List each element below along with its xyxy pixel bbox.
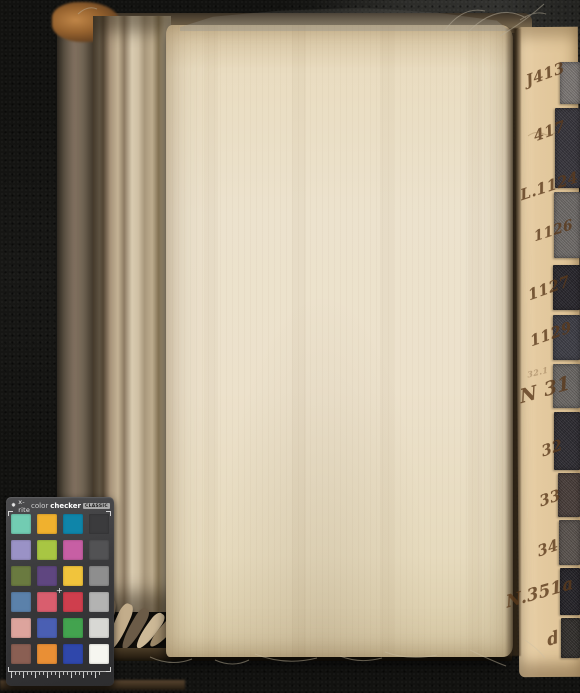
color-patch [63,592,83,612]
xrite-logo: ✸ x-rite [11,498,31,514]
colorchecker-card: ✸ x-rite colorchecker CLASSIC + [6,497,114,686]
color-patch [11,540,31,560]
ruler-scale [11,671,109,680]
handwritten-entries-layer: J413417L.112411261127112932.1N 31323334N… [505,27,580,687]
color-patch [89,618,109,638]
color-patch [89,514,109,534]
color-patch [63,618,83,638]
color-patch [89,644,109,664]
colorchecker-wordmark: colorchecker CLASSIC [31,502,110,510]
handwritten-number: 1127 [526,272,571,305]
color-patch [11,644,31,664]
xrite-target-icon: ✸ [11,503,16,509]
xrite-brand-label: x-rite [18,498,31,514]
wordmark-color: color [31,502,48,510]
classic-badge: CLASSIC [83,503,110,509]
color-patch [63,514,83,534]
handwritten-number: 32 [540,435,564,460]
color-patch [37,540,57,560]
color-patch [11,592,31,612]
blank-cloth-page [166,25,513,657]
handwritten-number: 1129 [528,318,573,351]
handwritten-number: 1126 [533,217,575,246]
color-patch [11,514,31,534]
handwritten-number: N.351a [505,573,575,612]
color-patch [63,644,83,664]
color-patch [37,618,57,638]
color-patch [37,514,57,534]
handwritten-number: L.1124 [519,168,580,205]
color-patch [37,592,57,612]
crop-mark-top-left [8,511,13,516]
wordmark-checker: checker [50,502,81,510]
handwritten-number: d [546,627,561,651]
handwritten-number: 34 [536,535,560,560]
color-patch [63,566,83,586]
color-patch [37,644,57,664]
handwritten-number: N 31 [518,372,571,408]
handwritten-number: 417 [532,116,567,145]
handwritten-number: J413 [524,58,566,90]
color-patch [63,540,83,560]
crop-mark-top-right [106,511,111,516]
color-patch [89,592,109,612]
handwritten-number: 33 [538,485,562,510]
color-patch [89,566,109,586]
color-patch [37,566,57,586]
colorchecker-header: ✸ x-rite colorchecker CLASSIC [11,500,110,512]
color-patch [11,566,31,586]
color-patch [11,618,31,638]
color-patch [89,540,109,560]
center-cross-mark: + [56,587,63,595]
